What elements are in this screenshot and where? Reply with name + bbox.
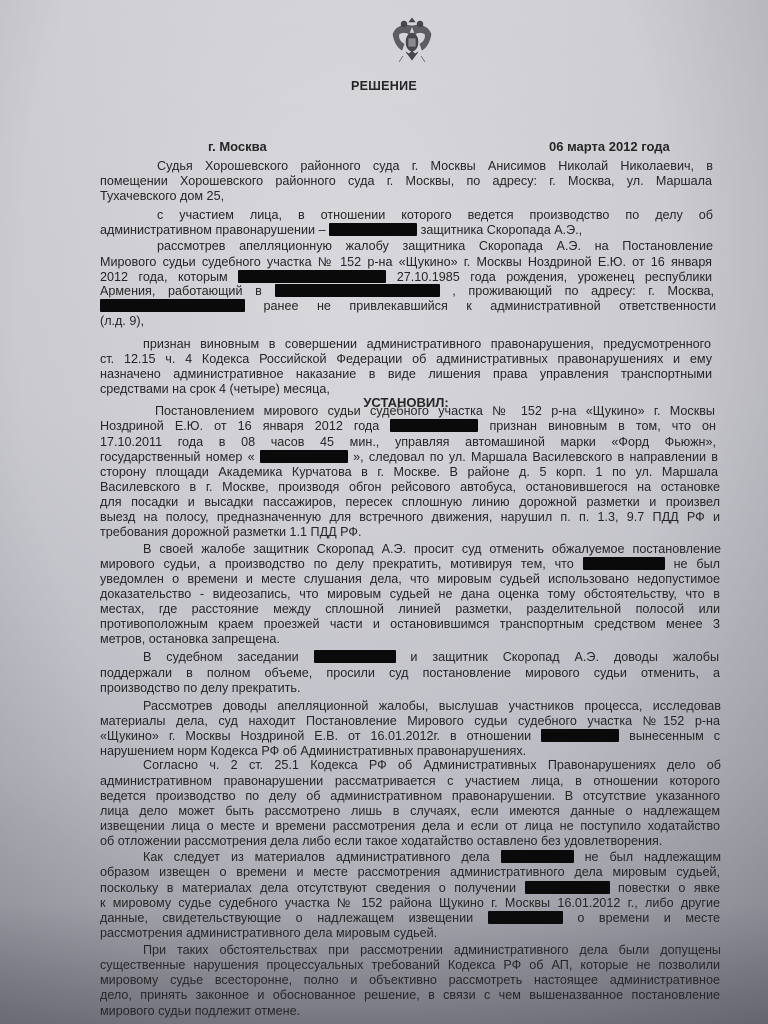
text-line: Мирового судьи судебного участка № 152 р… [100,254,712,270]
text-segment: мировому судье всесторонне, полно и объе… [100,973,720,987]
text-segment: 27.10.1985 года рождения, уроженец респу… [397,270,712,284]
redaction-bar [100,299,245,312]
text-segment: Рассмотрев доводы апелляционной жалобы, … [143,699,721,713]
text-segment: с участием лица, в отношении которого ве… [157,208,713,222]
text-line: лица дело может быть рассмотрено лишь в … [100,803,720,819]
text-segment: рассмотрев апелляционную жалобу защитник… [157,239,713,253]
text-segment: 2012 года, которым [100,270,228,284]
text-line: к мировому судье судебного участка № 152… [100,895,720,911]
text-segment: , проживающий по адресу: г. Москва, [452,284,714,298]
text-segment: средствами на срок 4 (четыре) месяца, [100,382,330,396]
text-line: сторону площади Академика Курчатова в г.… [100,464,718,480]
text-line: данные, свидетельствующие о надлежащем и… [100,910,720,926]
text-segment: административном правонарушении – [100,223,326,237]
redaction-bar [314,650,396,663]
text-line: ранее не привлекавшийся к административн… [100,298,716,314]
text-segment: существенные нарушения процессуальных тр… [100,958,720,972]
text-line: рассмотрения административного дела миро… [100,925,440,941]
text-segment: признан виновным в совершении администра… [143,337,711,351]
text-segment: производство по делу прекратить. [100,681,300,695]
text-line: Постановлением мирового судьи судебного … [155,403,715,419]
text-segment: об отложении рассмотрения дела либо если… [100,834,662,848]
text-segment: лица дело может быть рассмотрено лишь в … [100,804,720,818]
text-segment: административном правонарушении рассматр… [100,774,720,788]
text-segment: мирового судьи подлежит отмене. [100,1004,300,1018]
text-segment: вынесенным с [629,729,720,743]
text-segment: рассмотрения административного дела миро… [100,926,437,940]
text-line: поскольку в материалах дела отсутствуют … [100,880,720,896]
text-segment: не был надлежащим [585,850,721,864]
text-segment: поддержали в полном объеме, просили суд … [100,666,720,680]
document-title: РЕШЕНИЕ [0,79,768,93]
text-line: мировому судье всесторонне, полно и объе… [100,972,720,988]
text-segment: повестки о явке [618,881,720,895]
redaction-bar [238,270,386,283]
text-segment: Мирового судьи судебного участка № 152 р… [100,255,712,269]
document-page: РЕШЕНИЕ г. Москва 06 марта 2012 года Суд… [0,0,768,1024]
text-line: административном правонарушении рассматр… [100,773,720,789]
text-segment: дело, принять законное и обоснованное ре… [100,988,720,1002]
text-segment: В судебном заседании [143,650,299,664]
document-city: г. Москва [208,139,267,154]
text-segment: доказательство - видеозапись, что мировы… [100,587,720,601]
text-line: дело, принять законное и обоснованное ре… [100,987,720,1003]
text-line: административном правонарушении – защитн… [100,222,660,238]
text-segment: В своей жалобе защитник Скоропад А.Э. пр… [143,542,721,556]
text-segment: извещении лица о месте и времени рассмот… [100,819,720,833]
text-line: существенные нарушения процессуальных тр… [100,957,720,973]
text-segment: Василевского в г. Москве, производя обго… [100,480,720,494]
redaction-bar [525,881,610,894]
text-segment: уведомлен о времени и месте слушания дел… [100,572,720,586]
text-segment: о времени и месте [577,911,720,925]
text-line: для посадки и высадки пассажиров, пересе… [100,494,720,510]
text-segment: 17.10.2011 года в 08 часов 45 мин., упра… [100,435,716,449]
text-segment: назначено административное наказание в в… [100,367,712,381]
redaction-bar [329,223,417,236]
text-line: назначено административное наказание в в… [100,366,712,382]
redaction-bar [275,284,440,297]
text-segment: требования дорожной разметки 1.1 ПДД РФ. [100,525,362,539]
text-line: В судебном заседании и защитник Скоропад… [143,649,719,665]
text-line: Тухачевского дом 25, [100,188,712,204]
text-line: об отложении рассмотрения дела либо если… [100,833,660,849]
text-line: признан виновным в совершении администра… [143,336,711,352]
text-segment: к мировому судье судебного участка № 152… [100,896,720,910]
text-segment: нарушением норм Кодекса РФ об Администра… [100,744,526,758]
text-segment: Ноздриной Е.Ю. от 16 января 2012 года [100,419,379,433]
text-segment: ст. 12.15 ч. 4 Кодекса Российской Федера… [100,352,712,366]
redaction-bar [583,557,665,570]
text-segment: защитника Скоропада А.Э., [421,223,583,237]
text-segment: для посадки и высадки пассажиров, пересе… [100,495,720,509]
russian-coat-of-arms-icon [390,14,434,68]
text-segment: сторону площади Академика Курчатова в г.… [100,465,718,479]
text-line: В своей жалобе защитник Скоропад А.Э. пр… [143,541,721,557]
text-segment: материалы дела, суд находит Постановлени… [100,714,720,728]
text-line: образом извещен о времени и месте рассмо… [100,864,720,880]
text-segment: «Щукино» г. Москвы Ноздриной Е.В. от 16.… [100,729,531,743]
text-segment: признан виновным в том, что он [489,419,716,433]
text-segment: », следовал по ул. Маршала Василевского … [353,450,718,464]
text-line: ст. 12.15 ч. 4 Кодекса Российской Федера… [100,351,712,367]
text-line: материалы дела, суд находит Постановлени… [100,713,720,729]
text-segment: и защитник Скоропад А.Э. доводы жалобы [410,650,719,664]
text-line: Как следует из материалов административн… [143,849,721,865]
text-line: 17.10.2011 года в 08 часов 45 мин., упра… [100,434,716,450]
text-segment: ранее не привлекавшийся к административн… [264,299,717,313]
text-line: уведомлен о времени и месте слушания дел… [100,571,720,587]
document-date: 06 марта 2012 года [549,139,670,154]
text-line: требования дорожной разметки 1.1 ПДД РФ. [100,524,400,540]
text-segment: поскольку в материалах дела отсутствуют … [100,881,516,895]
text-segment: не был [674,557,720,571]
text-line: Судья Хорошевского районного суда г. Мос… [157,158,713,174]
text-segment: данные, свидетельствующие о надлежащем и… [100,911,473,925]
text-line: ведется производство по делу об админист… [100,788,720,804]
text-line: с участием лица, в отношении которого ве… [157,207,713,223]
text-line: доказательство - видеозапись, что мировы… [100,586,720,602]
text-line: государственный номер « », следовал по у… [100,449,718,465]
text-segment: Постановлением мирового судьи судебного … [155,404,715,418]
text-segment: образом извещен о времени и месте рассмо… [100,865,720,879]
text-segment: Как следует из материалов административн… [143,850,490,864]
text-segment: метров, остановка запрещена. [100,632,280,646]
redaction-bar [541,729,619,742]
text-line: «Щукино» г. Москвы Ноздриной Е.В. от 16.… [100,728,720,744]
text-segment: Тухачевского дом 25, [100,189,224,203]
text-segment: Согласно ч. 2 ст. 25.1 Кодекса РФ об Адм… [143,758,721,772]
text-line: помещении Хорошевского районного суда г.… [100,173,712,189]
text-line: извещении лица о месте и времени рассмот… [100,818,720,834]
redaction-bar [390,419,478,432]
text-line: рассмотрев апелляционную жалобу защитник… [157,238,713,254]
text-segment: ведется производство по делу об админист… [100,789,720,803]
text-line: Армения, работающий в , проживающий по а… [100,283,714,299]
text-line: метров, остановка запрещена. [100,631,300,647]
text-segment: выезд на полосу, предназначенную для вст… [100,510,720,524]
text-line: производство по делу прекратить. [100,680,330,696]
text-line: Согласно ч. 2 ст. 25.1 Кодекса РФ об Адм… [143,757,721,773]
text-segment: государственный номер « [100,450,255,464]
text-segment: Судья Хорошевского районного суда г. Мос… [157,159,713,173]
text-line: мирового судьи подлежит отмене. [100,1003,360,1019]
text-segment: противоположным краем проезжей части и о… [100,617,720,631]
text-segment: (л.д. 9), [100,314,144,328]
text-segment: При таких обстоятельствах при рассмотрен… [143,943,721,957]
redaction-bar [260,450,348,463]
text-line: (л.д. 9), [100,313,160,329]
text-line: Василевского в г. Москве, производя обго… [100,479,720,495]
text-line: поддержали в полном объеме, просили суд … [100,665,720,681]
redaction-bar [501,850,574,863]
text-line: При таких обстоятельствах при рассмотрен… [143,942,721,958]
text-line: противоположным краем проезжей части и о… [100,616,720,632]
text-line: выезд на полосу, предназначенную для вст… [100,509,720,525]
text-segment: помещении Хорошевского районного суда г.… [100,174,712,188]
text-line: Ноздриной Е.Ю. от 16 января 2012 года пр… [100,418,716,434]
text-segment: Армения, работающий в [100,284,262,298]
text-line: местах, где расстояние между сплошной ли… [100,601,720,617]
text-line: мирового судьи, а производство по делу п… [100,556,720,572]
text-segment: мирового судьи, а производство по делу п… [100,557,574,571]
text-segment: местах, где расстояние между сплошной ли… [100,602,720,616]
redaction-bar [488,911,563,924]
text-line: Рассмотрев доводы апелляционной жалобы, … [143,698,721,714]
